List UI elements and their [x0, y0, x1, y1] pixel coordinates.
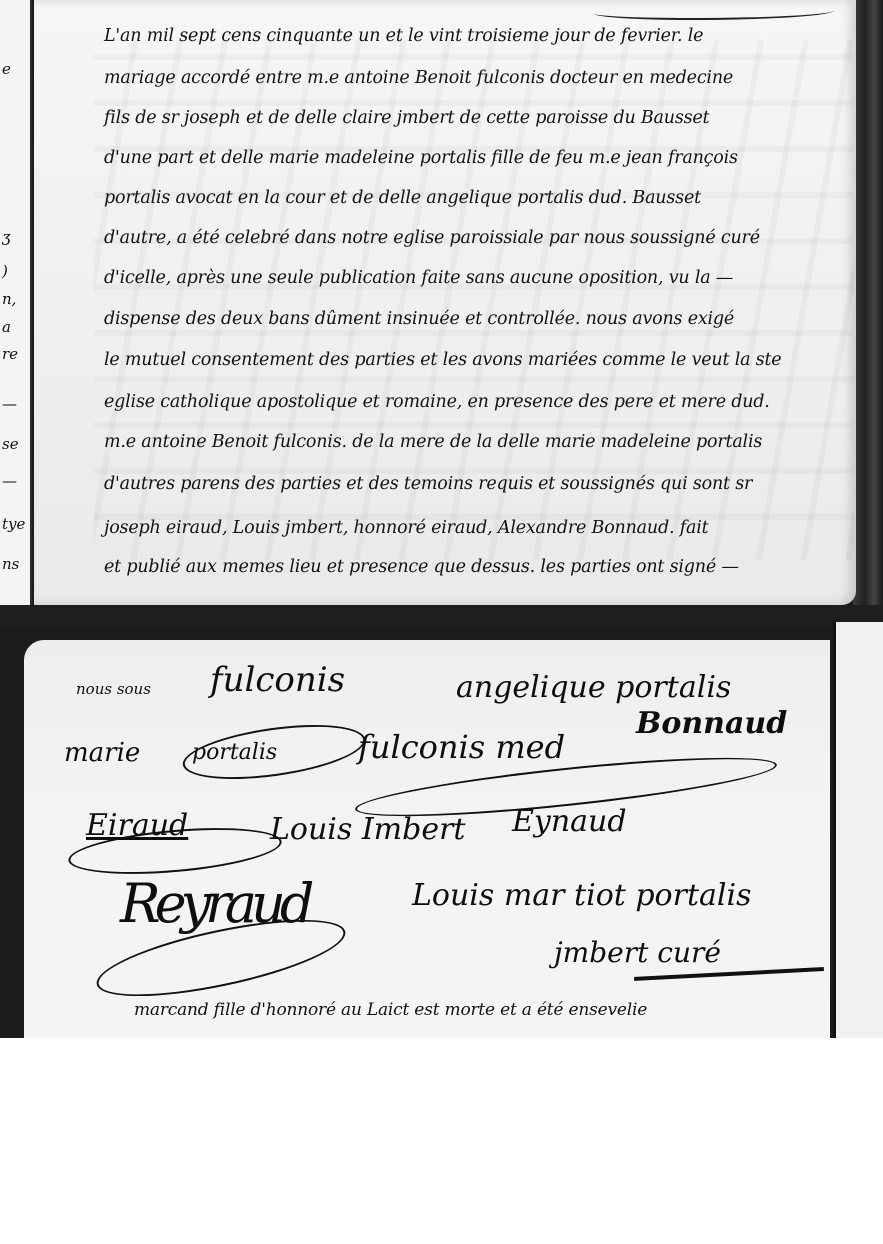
signature-louis-imbert: Louis Imbert [270, 812, 465, 847]
film-edge [853, 0, 883, 615]
margin-fragment: a [2, 318, 11, 336]
facing-page-margin: e ʒ ) n, a re — se — tye ns [0, 0, 32, 610]
margin-fragment: n, [2, 290, 16, 308]
signature-underline-flourish [634, 967, 824, 981]
scanned-register-image: e ʒ ) n, a re — se — tye ns L'an mil sep… [0, 0, 883, 1038]
text-line: joseph eiraud, Louis jmbert, honnoré eir… [104, 518, 708, 538]
text-line: portalis avocat en la cour et de delle a… [104, 188, 701, 208]
text-line: mariage accordé entre m.e antoine Benoit… [104, 68, 733, 88]
signature-fulconis: fulconis [210, 660, 345, 700]
text-line: et publié aux memes lieu et presence que… [104, 557, 739, 577]
text-line: L'an mil sept cens cinquante un et le vi… [104, 26, 703, 46]
text-line: d'autres parens des parties et des temoi… [104, 474, 752, 494]
margin-fragment: e [2, 60, 11, 78]
text-line: fils de sr joseph et de delle claire jmb… [104, 108, 709, 128]
signature-imbert-cure: jmbert curé [554, 936, 721, 969]
adjacent-page-edge [833, 622, 883, 1038]
margin-fragment: se [2, 435, 19, 453]
text-line: d'icelle, après une seule publication fa… [104, 268, 733, 288]
margin-fragment: tye [2, 515, 25, 533]
margin-fragment: — [2, 395, 17, 413]
signature-flourish [180, 715, 369, 788]
lower-page-signatures: nous sous fulconis angelique portalis ma… [24, 640, 830, 1038]
signature-louis-martiot-portalis: Louis mar tiot portalis [412, 878, 751, 913]
margin-fragment: ns [2, 555, 19, 573]
signature-note: nous sous [76, 680, 151, 698]
signature-angelique-portalis: angelique portalis [456, 670, 731, 705]
text-line: le mutuel consentement des parties et le… [104, 350, 781, 370]
signature-bonnaud: Bonnaud [636, 706, 787, 741]
blank-area [0, 1038, 883, 1244]
next-entry-line: marcand fille d'honnoré au Laict est mor… [134, 1000, 647, 1020]
margin-fragment: — [2, 472, 17, 490]
margin-fragment: ʒ [2, 228, 10, 246]
margin-fragment: ) [2, 262, 8, 280]
text-line: d'autre, a été celebré dans notre eglise… [104, 228, 760, 248]
text-line: m.e antoine Benoit fulconis. de la mere … [104, 432, 762, 452]
signature-fulconis-med: fulconis med [358, 728, 565, 766]
text-line: dispense des deux bans dûment insinuée e… [104, 309, 734, 329]
previous-entry-flourish [594, 4, 834, 20]
signature-marie: marie [64, 738, 140, 768]
upper-page: L'an mil sept cens cinquante un et le vi… [34, 0, 856, 605]
page-gap [0, 605, 883, 627]
margin-fragment: re [2, 345, 18, 363]
text-line: d'une part et delle marie madeleine port… [104, 148, 738, 168]
text-line: eglise catholique apostolique et romaine… [104, 392, 770, 412]
signature-eynaud: Eynaud [512, 804, 627, 839]
